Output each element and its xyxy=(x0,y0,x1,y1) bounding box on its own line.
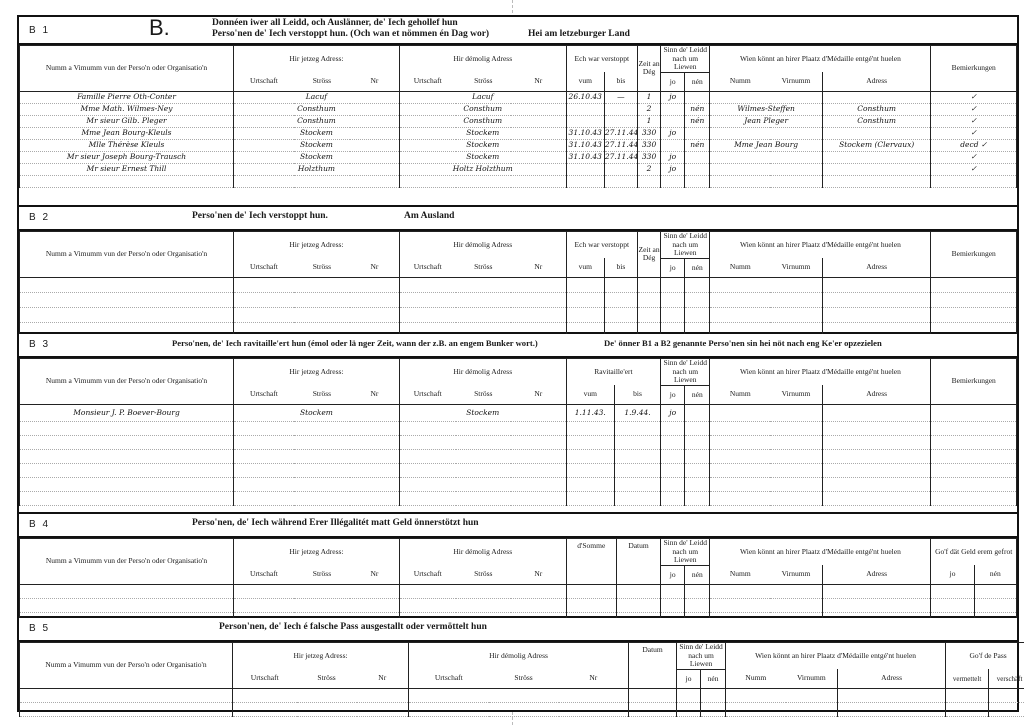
col-yes: jo xyxy=(661,72,685,91)
empty-row[interactable] xyxy=(20,598,1017,612)
empty-row[interactable] xyxy=(20,491,1017,505)
b1-table: Numm a Vimumm vun der Perso'n oder Organ… xyxy=(19,45,1017,188)
section-b2-title-right: Am Ausland xyxy=(404,211,454,221)
col-place: Urtschaft xyxy=(233,669,297,688)
medal-name[interactable] xyxy=(710,151,823,163)
section-b3: B 3 Perso'nen, de' Iech ravitaille'ert h… xyxy=(17,334,1019,514)
col-street: Ströss xyxy=(456,565,511,584)
days[interactable]: 330 xyxy=(638,151,661,163)
table-row[interactable]: Mme Math. Wilmes-Ney Consthum Consthum 2… xyxy=(20,103,1017,115)
section-b1-titlebar: B 1 B. Donnéen iwer all Leidd, och Auslä… xyxy=(19,17,1017,45)
col-money-header: Go'f dät Geld erem gefrot xyxy=(931,539,1017,566)
col-name-header: Numm a Vimumm vun der Perso'n oder Organ… xyxy=(20,46,234,92)
alive-yes[interactable]: jo xyxy=(661,404,685,421)
col-place: Urtschaft xyxy=(399,72,455,91)
col-current-address-header: Hir jetzeg Adress: xyxy=(233,643,409,670)
supplied-to[interactable]: 1.9.44. xyxy=(614,404,660,421)
days[interactable]: 1 xyxy=(638,91,661,103)
col-place: Urtschaft xyxy=(234,565,294,584)
alive-no[interactable] xyxy=(685,151,710,163)
medal-name[interactable]: Jean Pleger xyxy=(710,115,823,127)
medal-address[interactable]: Consthum xyxy=(822,103,931,115)
col-nr: Nr xyxy=(511,72,566,91)
alive-no[interactable]: nén xyxy=(685,103,710,115)
former-place[interactable]: Stockem xyxy=(399,127,566,139)
section-b5: B 5 Person'nen, de' Iech é falsche Pass … xyxy=(17,618,1019,712)
current-place[interactable]: Lacuf xyxy=(234,91,400,103)
remarks[interactable]: ✓ xyxy=(931,163,1017,175)
current-place[interactable]: Consthum xyxy=(234,103,400,115)
section-b3-title-right: De' önner B1 a B2 genannte Perso'nen sin… xyxy=(604,338,882,348)
col-alive-header: Sinn de' Leidd nach um Liewen xyxy=(661,359,710,386)
section-b4-titlebar: B 4 Perso'nen, de' Iech während Erer Ill… xyxy=(19,514,1017,538)
hidden-to[interactable] xyxy=(604,115,637,127)
col-surname: Numm xyxy=(726,669,786,688)
col-remarks-header: Bemierkungen xyxy=(931,46,1017,92)
col-street: Ströss xyxy=(294,258,350,277)
table-row[interactable]: Mlle Thérèse Kleuls Stockem Stockem 31.1… xyxy=(20,139,1017,151)
remarks[interactable]: ✓ xyxy=(931,115,1017,127)
supplied-from[interactable]: 1.11.43. xyxy=(566,404,614,421)
current-place[interactable]: Stockem xyxy=(234,127,400,139)
col-medal-header: Wien könnt an hirer Plaatz d'Médaille en… xyxy=(710,359,931,386)
col-former-address-header: Hir démolig Adress xyxy=(399,232,566,259)
medal-name[interactable]: Mme Jean Bourg xyxy=(710,139,823,151)
col-no: nén xyxy=(974,565,1016,584)
days[interactable]: 330 xyxy=(638,127,661,139)
days[interactable]: 330 xyxy=(638,139,661,151)
col-current-address-header: Hir jetzeg Adress: xyxy=(234,359,400,386)
col-nr: Nr xyxy=(350,385,399,404)
former-place[interactable]: Stockem xyxy=(399,404,566,421)
col-no: nén xyxy=(685,258,710,277)
former-place[interactable]: Stockem xyxy=(399,139,566,151)
col-supplied-header: Ravitaille'ert xyxy=(566,359,660,386)
col-firstname: Virnumm xyxy=(770,385,822,404)
days[interactable]: 2 xyxy=(638,163,661,175)
col-surname: Numm xyxy=(710,258,770,277)
hidden-from[interactable]: 31.10.43 xyxy=(566,127,604,139)
col-yes: jo xyxy=(661,385,685,404)
hidden-to[interactable]: 27.11.44 xyxy=(604,139,637,151)
col-place: Urtschaft xyxy=(399,258,455,277)
former-place[interactable]: Consthum xyxy=(399,115,566,127)
col-yes: jo xyxy=(661,565,685,584)
col-nr: Nr xyxy=(350,258,399,277)
empty-row[interactable] xyxy=(20,277,1017,292)
col-place: Urtschaft xyxy=(399,385,455,404)
col-former-address-header: Hir démolig Adress xyxy=(399,46,566,73)
col-medal-header: Wien könnt an hirer Plaatz d'Médaille en… xyxy=(726,643,946,670)
col-nr: Nr xyxy=(559,669,629,688)
alive-no[interactable] xyxy=(685,127,710,139)
medal-address[interactable]: Stockem (Clervaux) xyxy=(822,139,931,151)
col-to: bis xyxy=(614,385,660,404)
remarks[interactable]: ✓ xyxy=(931,91,1017,103)
hidden-from[interactable] xyxy=(566,163,604,175)
person-name[interactable]: Mr sieur Gilb. Pleger xyxy=(20,115,234,127)
section-b3-title: Perso'nen, de' Iech ravitaille'ert hun (… xyxy=(172,338,538,348)
b1-rows: Famille Pierre Oth-Conter Lacuf Lacuf 26… xyxy=(20,91,1017,187)
col-no: nén xyxy=(685,565,710,584)
col-remarks-header: Bemierkungen xyxy=(931,232,1017,278)
col-days-header: Zeit an Dég xyxy=(638,46,661,92)
col-surname: Numm xyxy=(710,385,770,404)
b5-table: Numm a Vimumm vun der Perso'n oder Organ… xyxy=(19,642,1024,717)
section-b2-title: Perso'nen de' Iech verstoppt hun. xyxy=(192,211,328,221)
medal-address[interactable] xyxy=(822,404,931,421)
col-street: Ströss xyxy=(456,385,511,404)
empty-row[interactable] xyxy=(20,435,1017,449)
col-name-header: Numm a Vimumm vun der Perso'n oder Organ… xyxy=(20,539,234,585)
col-place: Urtschaft xyxy=(399,565,455,584)
col-former-address-header: Hir démolig Adress xyxy=(399,359,566,386)
col-address: Adress xyxy=(822,258,931,277)
col-address: Adress xyxy=(822,565,931,584)
hidden-to[interactable]: 27.11.44 xyxy=(604,151,637,163)
hidden-to[interactable] xyxy=(604,103,637,115)
col-procured: verschäft xyxy=(989,669,1024,688)
col-name-header: Numm a Vimumm vun der Perso'n oder Organ… xyxy=(20,359,234,405)
col-place: Urtschaft xyxy=(409,669,489,688)
col-firstname: Virnumm xyxy=(770,72,822,91)
col-address: Adress xyxy=(822,72,931,91)
days[interactable]: 1 xyxy=(638,115,661,127)
medal-address[interactable] xyxy=(822,127,931,139)
alive-yes[interactable]: jo xyxy=(661,151,685,163)
table-row[interactable]: Mr sieur Gilb. Pleger Consthum Consthum … xyxy=(20,115,1017,127)
medal-name[interactable]: Wilmes-Steffen xyxy=(710,103,823,115)
col-no: nén xyxy=(685,72,710,91)
hidden-to[interactable]: 27.11.44 xyxy=(604,127,637,139)
alive-no[interactable] xyxy=(685,91,710,103)
medal-name[interactable] xyxy=(710,127,823,139)
hidden-from[interactable] xyxy=(566,103,604,115)
alive-yes[interactable] xyxy=(661,139,685,151)
section-id: B 1 xyxy=(29,25,50,36)
col-street: Ströss xyxy=(294,385,350,404)
col-hidden-header: Ech war verstoppt xyxy=(566,232,637,259)
section-b4: B 4 Perso'nen, de' Iech während Erer Ill… xyxy=(17,514,1019,618)
col-medal-header: Wien könnt an hirer Plaatz d'Médaille en… xyxy=(710,46,931,73)
col-name-header: Numm a Vimumm vun der Perso'n oder Organ… xyxy=(20,643,233,689)
hidden-to[interactable]: — xyxy=(604,91,637,103)
empty-row[interactable] xyxy=(20,463,1017,477)
col-street: Ströss xyxy=(297,669,357,688)
col-former-address-header: Hir démolig Adress xyxy=(409,643,629,670)
current-place[interactable]: Stockem xyxy=(234,139,400,151)
section-b2-titlebar: B 2 Perso'nen de' Iech verstoppt hun. Am… xyxy=(19,207,1017,231)
col-place: Urtschaft xyxy=(234,72,294,91)
empty-row[interactable] xyxy=(20,702,1024,716)
col-current-address-header: Hir jetzeg Adress: xyxy=(234,46,400,73)
col-remarks-header: Bemierkungen xyxy=(931,359,1017,405)
col-street: Ströss xyxy=(489,669,559,688)
col-yes: jo xyxy=(931,565,974,584)
col-former-address-header: Hir démolig Adress xyxy=(399,539,566,566)
col-yes: jo xyxy=(661,258,685,277)
col-from: vum xyxy=(566,385,614,404)
col-days-header: Zeit an Dég xyxy=(638,232,661,278)
col-alive-header: Sinn de' Leidd nach um Liewen xyxy=(661,539,710,566)
alive-yes[interactable]: jo xyxy=(661,163,685,175)
table-row[interactable]: Mr sieur Ernest Thill Holzthum Holtz Hol… xyxy=(20,163,1017,175)
col-nr: Nr xyxy=(350,72,399,91)
col-place: Urtschaft xyxy=(234,258,294,277)
person-name[interactable]: Mr sieur Joseph Bourg-Trausch xyxy=(20,151,234,163)
col-to: bis xyxy=(604,258,637,277)
person-name[interactable]: Mme Math. Wilmes-Ney xyxy=(20,103,234,115)
hidden-from[interactable]: 26.10.43 xyxy=(566,91,604,103)
hidden-from[interactable]: 31.10.43 xyxy=(566,151,604,163)
alive-yes[interactable]: jo xyxy=(661,127,685,139)
section-id: B 2 xyxy=(29,212,50,223)
current-place[interactable]: Stockem xyxy=(234,151,400,163)
alive-yes[interactable]: jo xyxy=(661,91,685,103)
col-surname: Numm xyxy=(710,72,770,91)
section-b2: B 2 Perso'nen de' Iech verstoppt hun. Am… xyxy=(17,207,1019,334)
section-id: B 5 xyxy=(29,623,50,634)
col-date-header: Datum xyxy=(629,643,677,689)
medal-name[interactable] xyxy=(710,163,823,175)
col-street: Ströss xyxy=(456,258,511,277)
col-firstname: Virnumm xyxy=(770,565,822,584)
person-name[interactable]: Monsieur J. P. Boever-Bourg xyxy=(20,404,234,421)
col-from: vum xyxy=(566,258,604,277)
form-header-right: Hei am letzeburger Land xyxy=(528,29,630,39)
col-street: Ströss xyxy=(294,72,350,91)
col-hidden-header: Ech war verstoppt xyxy=(566,46,637,73)
alive-yes[interactable] xyxy=(661,115,685,127)
col-name-header: Numm a Vimumm vun der Perso'n oder Organ… xyxy=(20,232,234,278)
medal-name[interactable] xyxy=(710,91,823,103)
form-header-line2: Perso'nen de' Iech verstoppt hun. (Och w… xyxy=(212,29,489,39)
col-pass-header: Go'f de Pass xyxy=(946,643,1024,670)
col-current-address-header: Hir jetzeg Adress: xyxy=(234,232,400,259)
alive-no[interactable]: nén xyxy=(685,139,710,151)
remarks[interactable]: decd ✓ xyxy=(931,139,1017,151)
table-row[interactable]: Famille Pierre Oth-Conter Lacuf Lacuf 26… xyxy=(20,91,1017,103)
col-to: bis xyxy=(604,72,637,91)
former-place[interactable]: Stockem xyxy=(399,151,566,163)
section-b3-titlebar: B 3 Perso'nen, de' Iech ravitaille'ert h… xyxy=(19,334,1017,358)
col-nr: Nr xyxy=(511,258,566,277)
medal-address[interactable] xyxy=(822,163,931,175)
table-row[interactable]: Mr sieur Joseph Bourg-Trausch Stockem St… xyxy=(20,151,1017,163)
table-row[interactable]: Monsieur J. P. Boever-Bourg Stockem Stoc… xyxy=(20,404,1017,421)
alive-yes[interactable] xyxy=(661,103,685,115)
col-no: nén xyxy=(685,385,710,404)
col-date-header: Datum xyxy=(616,539,660,585)
b2-table: Numm a Vimumm vun der Perso'n oder Organ… xyxy=(19,231,1017,338)
empty-row[interactable] xyxy=(20,292,1017,307)
empty-row[interactable] xyxy=(20,421,1017,435)
col-from: vum xyxy=(566,72,604,91)
empty-row[interactable] xyxy=(20,449,1017,463)
empty-row[interactable] xyxy=(20,688,1024,702)
col-address: Adress xyxy=(822,385,931,404)
current-place[interactable]: Consthum xyxy=(234,115,400,127)
medal-address[interactable] xyxy=(822,91,931,103)
remarks[interactable]: ✓ xyxy=(931,103,1017,115)
hidden-from[interactable] xyxy=(566,115,604,127)
remarks[interactable]: ✓ xyxy=(931,151,1017,163)
former-place[interactable]: Holtz Holzthum xyxy=(399,163,566,175)
col-nr: Nr xyxy=(511,385,566,404)
section-b1: B 1 B. Donnéen iwer all Leidd, och Auslä… xyxy=(17,15,1019,207)
col-street: Ströss xyxy=(456,72,511,91)
col-firstname: Virnumm xyxy=(770,258,822,277)
section-b4-title: Perso'nen, de' Iech während Erer Illégal… xyxy=(192,518,479,528)
form-letter: B. xyxy=(149,15,170,41)
hidden-to[interactable] xyxy=(604,163,637,175)
remarks[interactable] xyxy=(931,404,1017,421)
person-name[interactable]: Mr sieur Ernest Thill xyxy=(20,163,234,175)
b3-table: Numm a Vimumm vun der Perso'n oder Organ… xyxy=(19,358,1017,506)
section-id: B 3 xyxy=(29,339,50,350)
empty-row[interactable] xyxy=(20,307,1017,322)
section-b5-titlebar: B 5 Person'nen, de' Iech é falsche Pass … xyxy=(19,618,1017,642)
section-b5-title: Person'nen, de' Iech é falsche Pass ausg… xyxy=(219,622,487,632)
current-place[interactable]: Holzthum xyxy=(234,163,400,175)
alive-no[interactable]: nén xyxy=(685,115,710,127)
col-arranged: vermettelt xyxy=(946,669,989,688)
col-no: nén xyxy=(701,669,726,688)
current-place[interactable]: Stockem xyxy=(234,404,400,421)
col-alive-header: Sinn de' Leidd nach um Liewen xyxy=(677,643,726,670)
col-medal-header: Wien könnt an hirer Plaatz d'Médaille en… xyxy=(710,232,931,259)
person-name[interactable]: Famille Pierre Oth-Conter xyxy=(20,91,234,103)
former-place[interactable]: Consthum xyxy=(399,103,566,115)
col-medal-header: Wien könnt an hirer Plaatz d'Médaille en… xyxy=(710,539,931,566)
person-name[interactable]: Mme Jean Bourg-Kleuls xyxy=(20,127,234,139)
section-id: B 4 xyxy=(29,519,50,530)
col-sum-header: d'Somme xyxy=(566,539,616,585)
alive-no[interactable] xyxy=(685,163,710,175)
col-firstname: Virnumm xyxy=(786,669,838,688)
b4-table: Numm a Vimumm vun der Perso'n oder Organ… xyxy=(19,538,1017,627)
col-nr: Nr xyxy=(350,565,399,584)
remarks[interactable]: ✓ xyxy=(931,127,1017,139)
col-surname: Numm xyxy=(710,565,770,584)
col-nr: Nr xyxy=(511,565,566,584)
medal-address[interactable] xyxy=(822,151,931,163)
form-header-line1: Donnéen iwer all Leidd, och Auslänner, d… xyxy=(212,18,458,28)
table-row[interactable]: Mme Jean Bourg-Kleuls Stockem Stockem 31… xyxy=(20,127,1017,139)
medal-address[interactable]: Consthum xyxy=(822,115,931,127)
empty-row[interactable] xyxy=(20,477,1017,491)
hidden-from[interactable]: 31.10.43 xyxy=(566,139,604,151)
medal-name[interactable] xyxy=(710,404,823,421)
col-nr: Nr xyxy=(357,669,409,688)
person-name[interactable]: Mlle Thérèse Kleuls xyxy=(20,139,234,151)
alive-no[interactable] xyxy=(685,404,710,421)
col-address: Adress xyxy=(838,669,946,688)
col-place: Urtschaft xyxy=(234,385,294,404)
col-current-address-header: Hir jetzeg Adress: xyxy=(234,539,400,566)
col-alive-header: Sinn de' Leidd nach um Liewen xyxy=(661,232,710,259)
former-place[interactable]: Lacuf xyxy=(399,91,566,103)
col-street: Ströss xyxy=(294,565,350,584)
col-alive-header: Sinn de' Leidd nach um Liewen xyxy=(661,46,710,73)
col-yes: jo xyxy=(677,669,701,688)
empty-row[interactable] xyxy=(20,584,1017,598)
days[interactable]: 2 xyxy=(638,103,661,115)
